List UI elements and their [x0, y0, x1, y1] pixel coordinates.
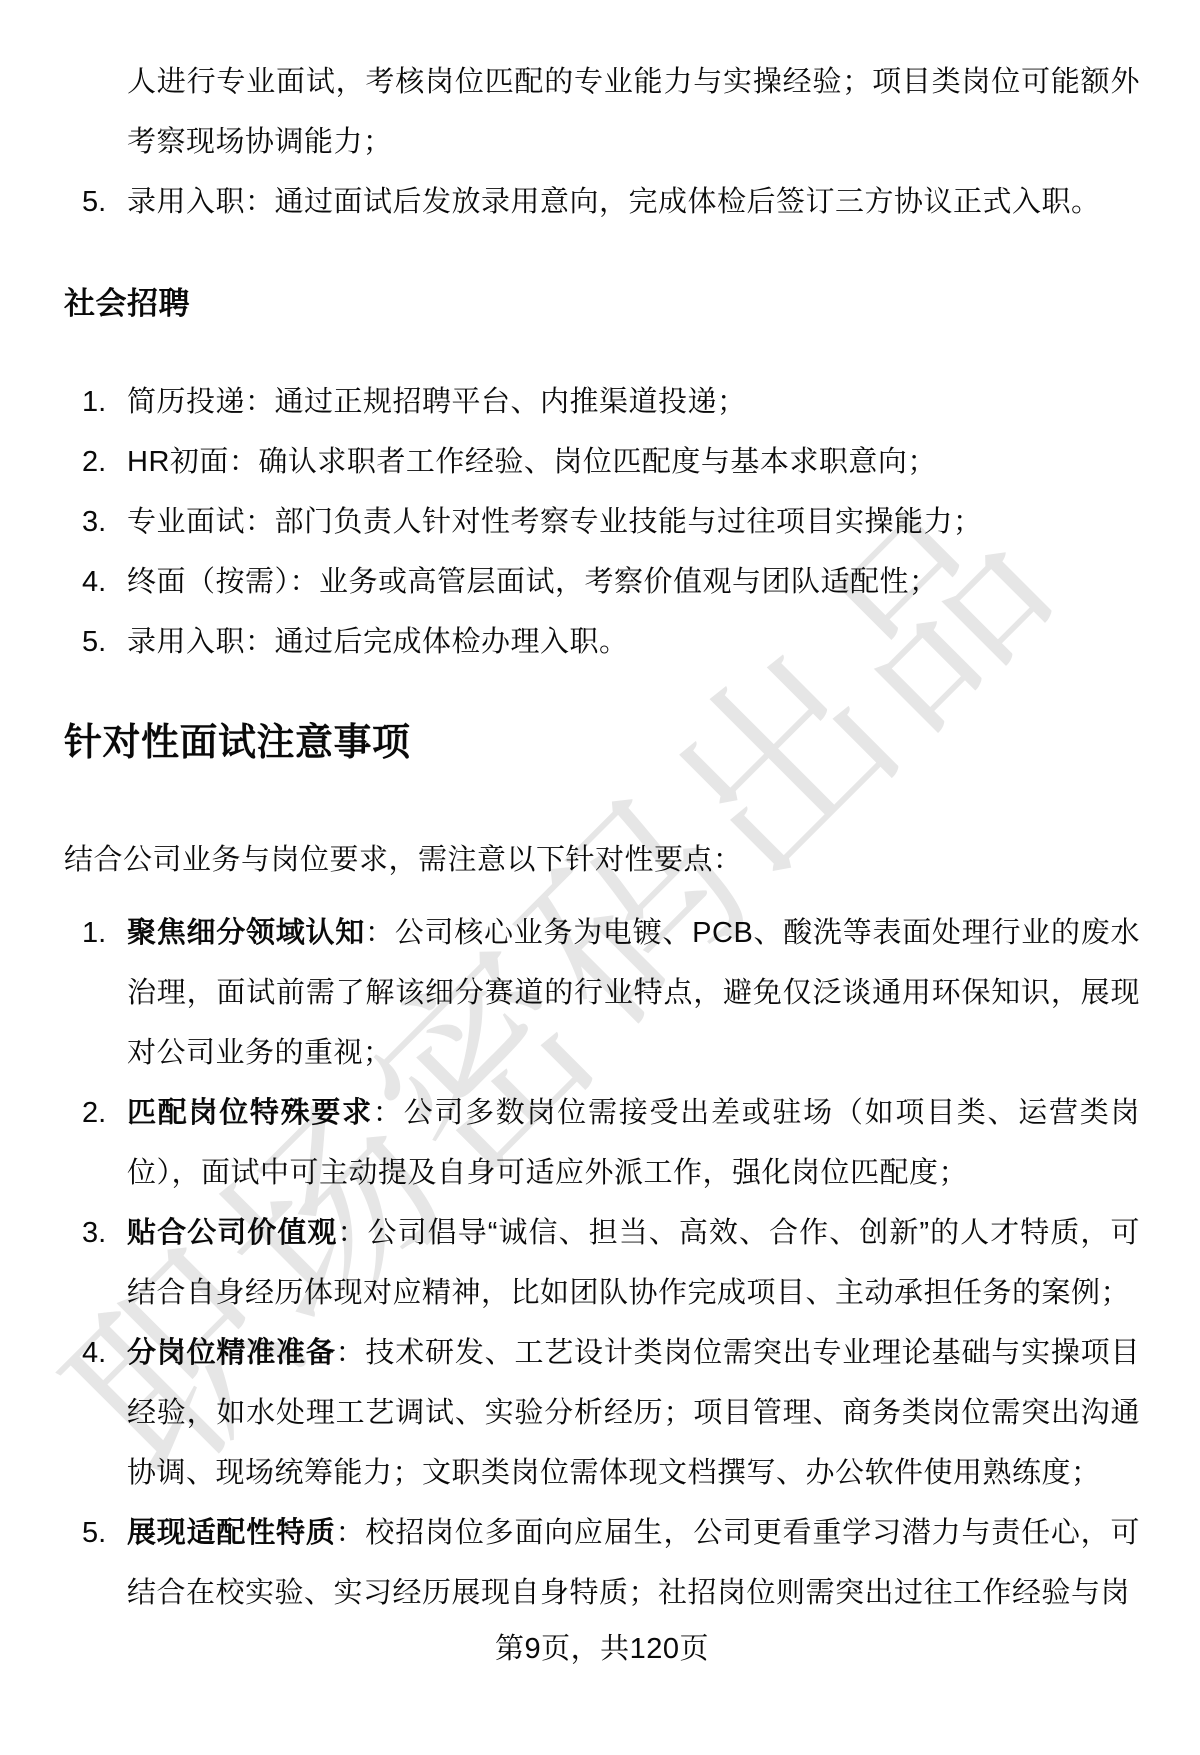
list-item-number: 2.: [82, 432, 106, 492]
page-footer: 第9页，共120页: [64, 1623, 1140, 1675]
section-heading-social-recruitment: 社会招聘: [64, 274, 1140, 334]
list-item-lead: 贴合公司价值观: [127, 1217, 337, 1249]
document-page: 职场密码出品 人进行专业面试，考核岗位匹配的专业能力与实操经验；项目类岗位可能额…: [0, 0, 1200, 1755]
list-item-number: 3.: [82, 1203, 106, 1263]
list-item-number: 1.: [82, 903, 106, 963]
intro-paragraph: 结合公司业务与岗位要求，需注意以下针对性要点：: [64, 830, 1140, 890]
list-item-lead: 匹配岗位特殊要求: [127, 1097, 373, 1129]
list-item: 4. 终面（按需）：业务或高管层面试，考察价值观与团队适配性；: [64, 552, 1140, 612]
list-item-text: HR初面：确认求职者工作经验、岗位匹配度与基本求职意向；: [127, 446, 937, 478]
list-item: 4.分岗位精准准备：技术研发、工艺设计类岗位需突出专业理论基础与实操项目经验，如…: [64, 1323, 1140, 1503]
list-item-number: 5.: [82, 1503, 106, 1563]
targeted-notes-list: 1.聚焦细分领域认知：公司核心业务为电镀、PCB、酸洗等表面处理行业的废水治理，…: [64, 903, 1140, 1623]
list-item: 5.展现适配性特质：校招岗位多面向应届生，公司更看重学习潜力与责任心，可结合在校…: [64, 1503, 1140, 1623]
list-item-number: 5.: [82, 172, 106, 232]
list-item-text: 简历投递：通过正规招聘平台、内推渠道投递；: [127, 386, 747, 418]
list-item-lead: 分岗位精准准备: [127, 1337, 336, 1369]
social-recruitment-list: 1. 简历投递：通过正规招聘平台、内推渠道投递； 2. HR初面：确认求职者工作…: [64, 372, 1140, 672]
continuation-paragraph: 人进行专业面试，考核岗位匹配的专业能力与实操经验；项目类岗位可能额外考察现场协调…: [64, 52, 1140, 172]
campus-list-tail: 5. 录用入职：通过面试后发放录用意向，完成体检后签订三方协议正式入职。: [64, 172, 1140, 232]
list-item: 2.匹配岗位特殊要求：公司多数岗位需接受出差或驻场（如项目类、运营类岗位），面试…: [64, 1083, 1140, 1203]
list-item: 5. 录用入职：通过面试后发放录用意向，完成体检后签订三方协议正式入职。: [64, 172, 1140, 232]
list-item-lead: 展现适配性特质: [127, 1517, 336, 1549]
list-item: 1. 简历投递：通过正规招聘平台、内推渠道投递；: [64, 372, 1140, 432]
document-content: 人进行专业面试，考核岗位匹配的专业能力与实操经验；项目类岗位可能额外考察现场协调…: [0, 52, 1200, 1675]
list-item: 2. HR初面：确认求职者工作经验、岗位匹配度与基本求职意向；: [64, 432, 1140, 492]
list-item: 3.贴合公司价值观：公司倡导“诚信、担当、高效、合作、创新”的人才特质，可结合自…: [64, 1203, 1140, 1323]
list-item-number: 2.: [82, 1083, 106, 1143]
list-item-lead: 聚焦细分领域认知: [127, 917, 365, 949]
list-item-number: 5.: [82, 612, 106, 672]
list-item-text: 录用入职：通过面试后发放录用意向，完成体检后签订三方协议正式入职。: [127, 186, 1101, 218]
list-item-number: 1.: [82, 372, 106, 432]
list-item-text: 专业面试：部门负责人针对性考察专业技能与过往项目实操能力；: [127, 506, 983, 538]
list-item-text: 终面（按需）：业务或高管层面试，考察价值观与团队适配性；: [127, 566, 939, 598]
list-item: 1.聚焦细分领域认知：公司核心业务为电镀、PCB、酸洗等表面处理行业的废水治理，…: [64, 903, 1140, 1083]
section-heading-targeted-interview-notes: 针对性面试注意事项: [64, 708, 1140, 778]
list-item: 3. 专业面试：部门负责人针对性考察专业技能与过往项目实操能力；: [64, 492, 1140, 552]
list-item-number: 3.: [82, 492, 106, 552]
list-item: 5. 录用入职：通过后完成体检办理入职。: [64, 612, 1140, 672]
list-item-text: 录用入职：通过后完成体检办理入职。: [127, 626, 629, 658]
list-item-number: 4.: [82, 552, 106, 612]
list-item-number: 4.: [82, 1323, 106, 1383]
